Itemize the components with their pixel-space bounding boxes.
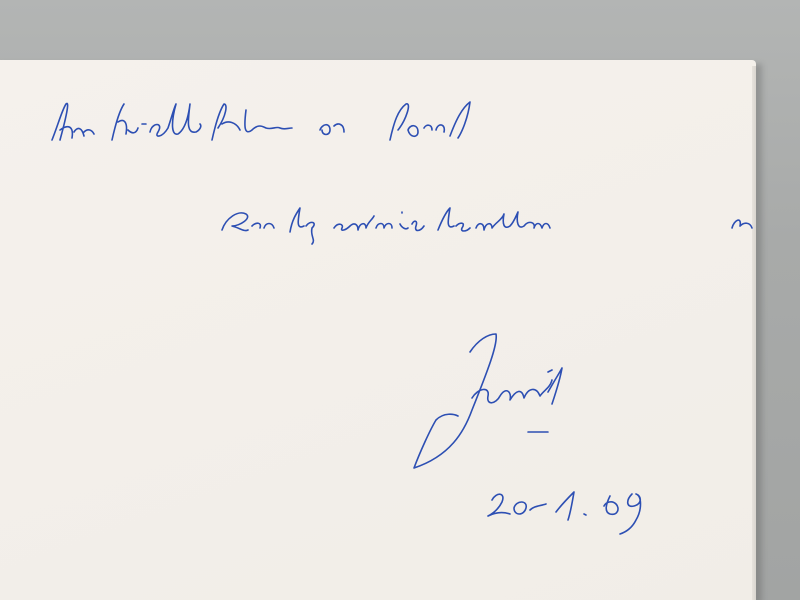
signature — [414, 334, 562, 468]
inscription-line-2 — [222, 208, 752, 244]
date — [488, 492, 641, 534]
handwriting-ink — [0, 0, 800, 600]
inscription-line-1 — [52, 102, 470, 140]
